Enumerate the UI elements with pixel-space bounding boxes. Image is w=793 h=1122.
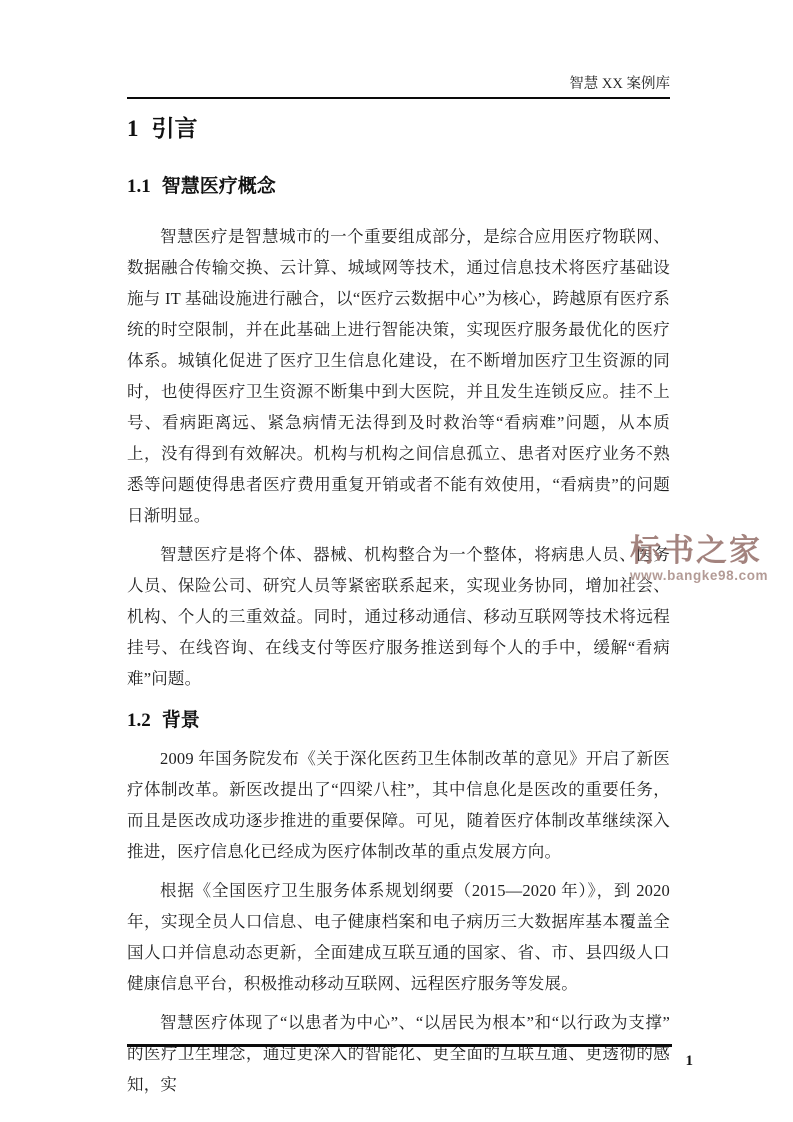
- paragraph-background-3: 智慧医疗体现了“以患者为中心”、“以居民为根本”和“以行政为支撑”的医疗卫生理念…: [127, 1007, 670, 1100]
- section-number-1-1: 1.1: [127, 176, 151, 197]
- document-body: 1引言 1.1智慧医疗概念 智慧医疗是智慧城市的一个重要组成部分，是综合应用医疗…: [127, 0, 670, 1100]
- paragraph-concept-1: 智慧医疗是智慧城市的一个重要组成部分，是综合应用医疗物联网、数据融合传输交换、云…: [127, 221, 670, 531]
- paragraph-background-1: 2009 年国务院发布《关于深化医药卫生体制改革的意见》开启了新医疗体制改革。新…: [127, 743, 670, 867]
- chapter-title: 引言: [152, 116, 198, 141]
- page-number: 1: [686, 1053, 694, 1070]
- chapter-heading: 1引言: [127, 112, 670, 146]
- section-title-1-1: 智慧医疗概念: [162, 176, 276, 197]
- section-heading-1-1: 1.1智慧医疗概念: [127, 173, 670, 201]
- chapter-number: 1: [127, 116, 139, 141]
- footer-rule: [127, 1044, 672, 1047]
- paragraph-background-2: 根据《全国医疗卫生服务体系规划纲要（2015—2020 年）》，到 2020 年…: [127, 875, 670, 999]
- section-title-1-2: 背景: [162, 710, 200, 731]
- section-number-1-2: 1.2: [127, 710, 151, 731]
- paragraph-concept-2: 智慧医疗是将个体、器械、机构整合为一个整体，将病患人员、医务人员、保险公司、研究…: [127, 539, 670, 694]
- document-page: 智慧 XX 案例库 1引言 1.1智慧医疗概念 智慧医疗是智慧城市的一个重要组成…: [0, 0, 793, 1122]
- section-heading-1-2: 1.2背景: [127, 707, 670, 735]
